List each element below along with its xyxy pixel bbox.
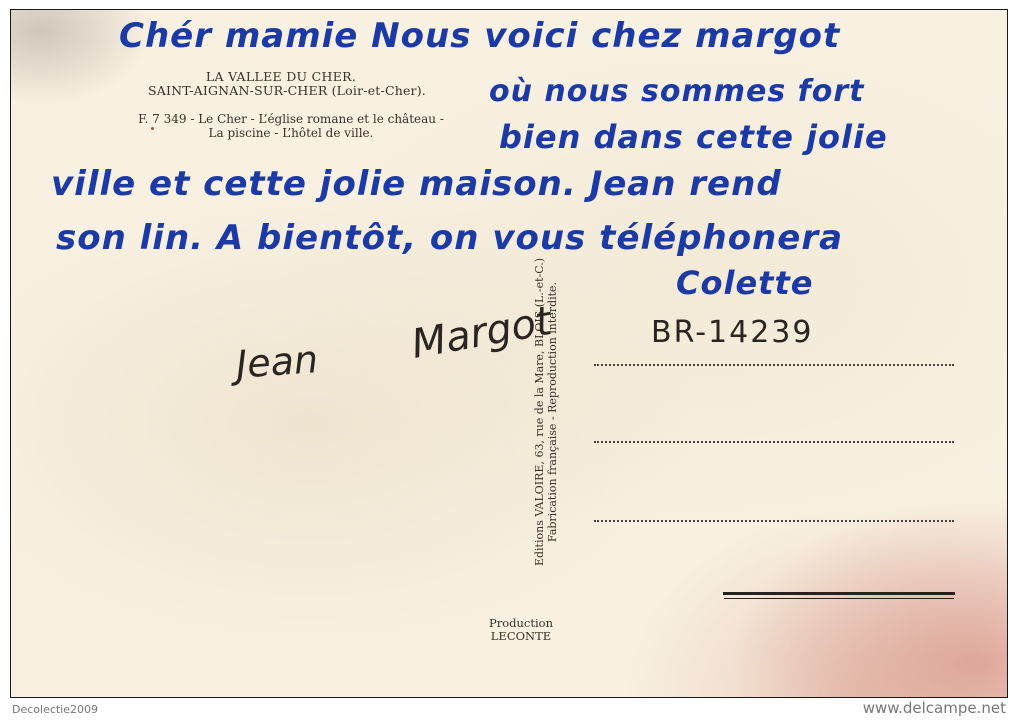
- printed-caption-line1: F. 7 349 - Le Cher - L’église romane et …: [71, 112, 511, 126]
- publisher-line2: Fabrication française - Reproduction int…: [546, 242, 559, 582]
- handwriting-line4: ville et cette jolie maison. Jean rend: [51, 164, 782, 204]
- address-underline-double: [723, 592, 955, 595]
- publisher-line1: Editions VALOIRE, 63, rue de la Mare, BL…: [533, 242, 546, 582]
- address-line-1: [594, 364, 954, 366]
- printed-title-line2: SAINT-AIGNAN-SUR-CHER (Loir-et-Cher).: [97, 83, 477, 98]
- handwriting-line5: son lin. A bientôt, on vous téléphonera: [56, 218, 843, 258]
- postcard-back: LA VALLEE DU CHER. SAINT-AIGNAN-SUR-CHER…: [10, 9, 1008, 698]
- seller-watermark: Decolectie2009: [12, 703, 98, 716]
- signature-colette: Colette: [676, 264, 813, 302]
- printed-caption-line2: La piscine - L’hôtel de ville.: [141, 126, 441, 140]
- production-line2: LECONTE: [471, 630, 571, 643]
- signature-jean: Jean: [235, 337, 320, 387]
- address-line-2: [594, 441, 954, 443]
- site-watermark: www.delcampe.net: [863, 699, 1006, 717]
- handwriting-line2: où nous sommes fort: [489, 74, 864, 109]
- printed-title-line1: LA VALLEE DU CHER.: [141, 69, 421, 84]
- ink-speck: [151, 127, 154, 130]
- handwriting-line3: bien dans cette jolie: [499, 118, 888, 156]
- publisher-imprint: Editions VALOIRE, 63, rue de la Mare, BL…: [533, 242, 559, 582]
- production-credit: Production LECONTE: [471, 617, 571, 643]
- address-line-3: [594, 520, 954, 522]
- reference-number: BR-14239: [651, 315, 813, 350]
- handwriting-line1: Chér mamie Nous voici chez margot: [119, 16, 840, 56]
